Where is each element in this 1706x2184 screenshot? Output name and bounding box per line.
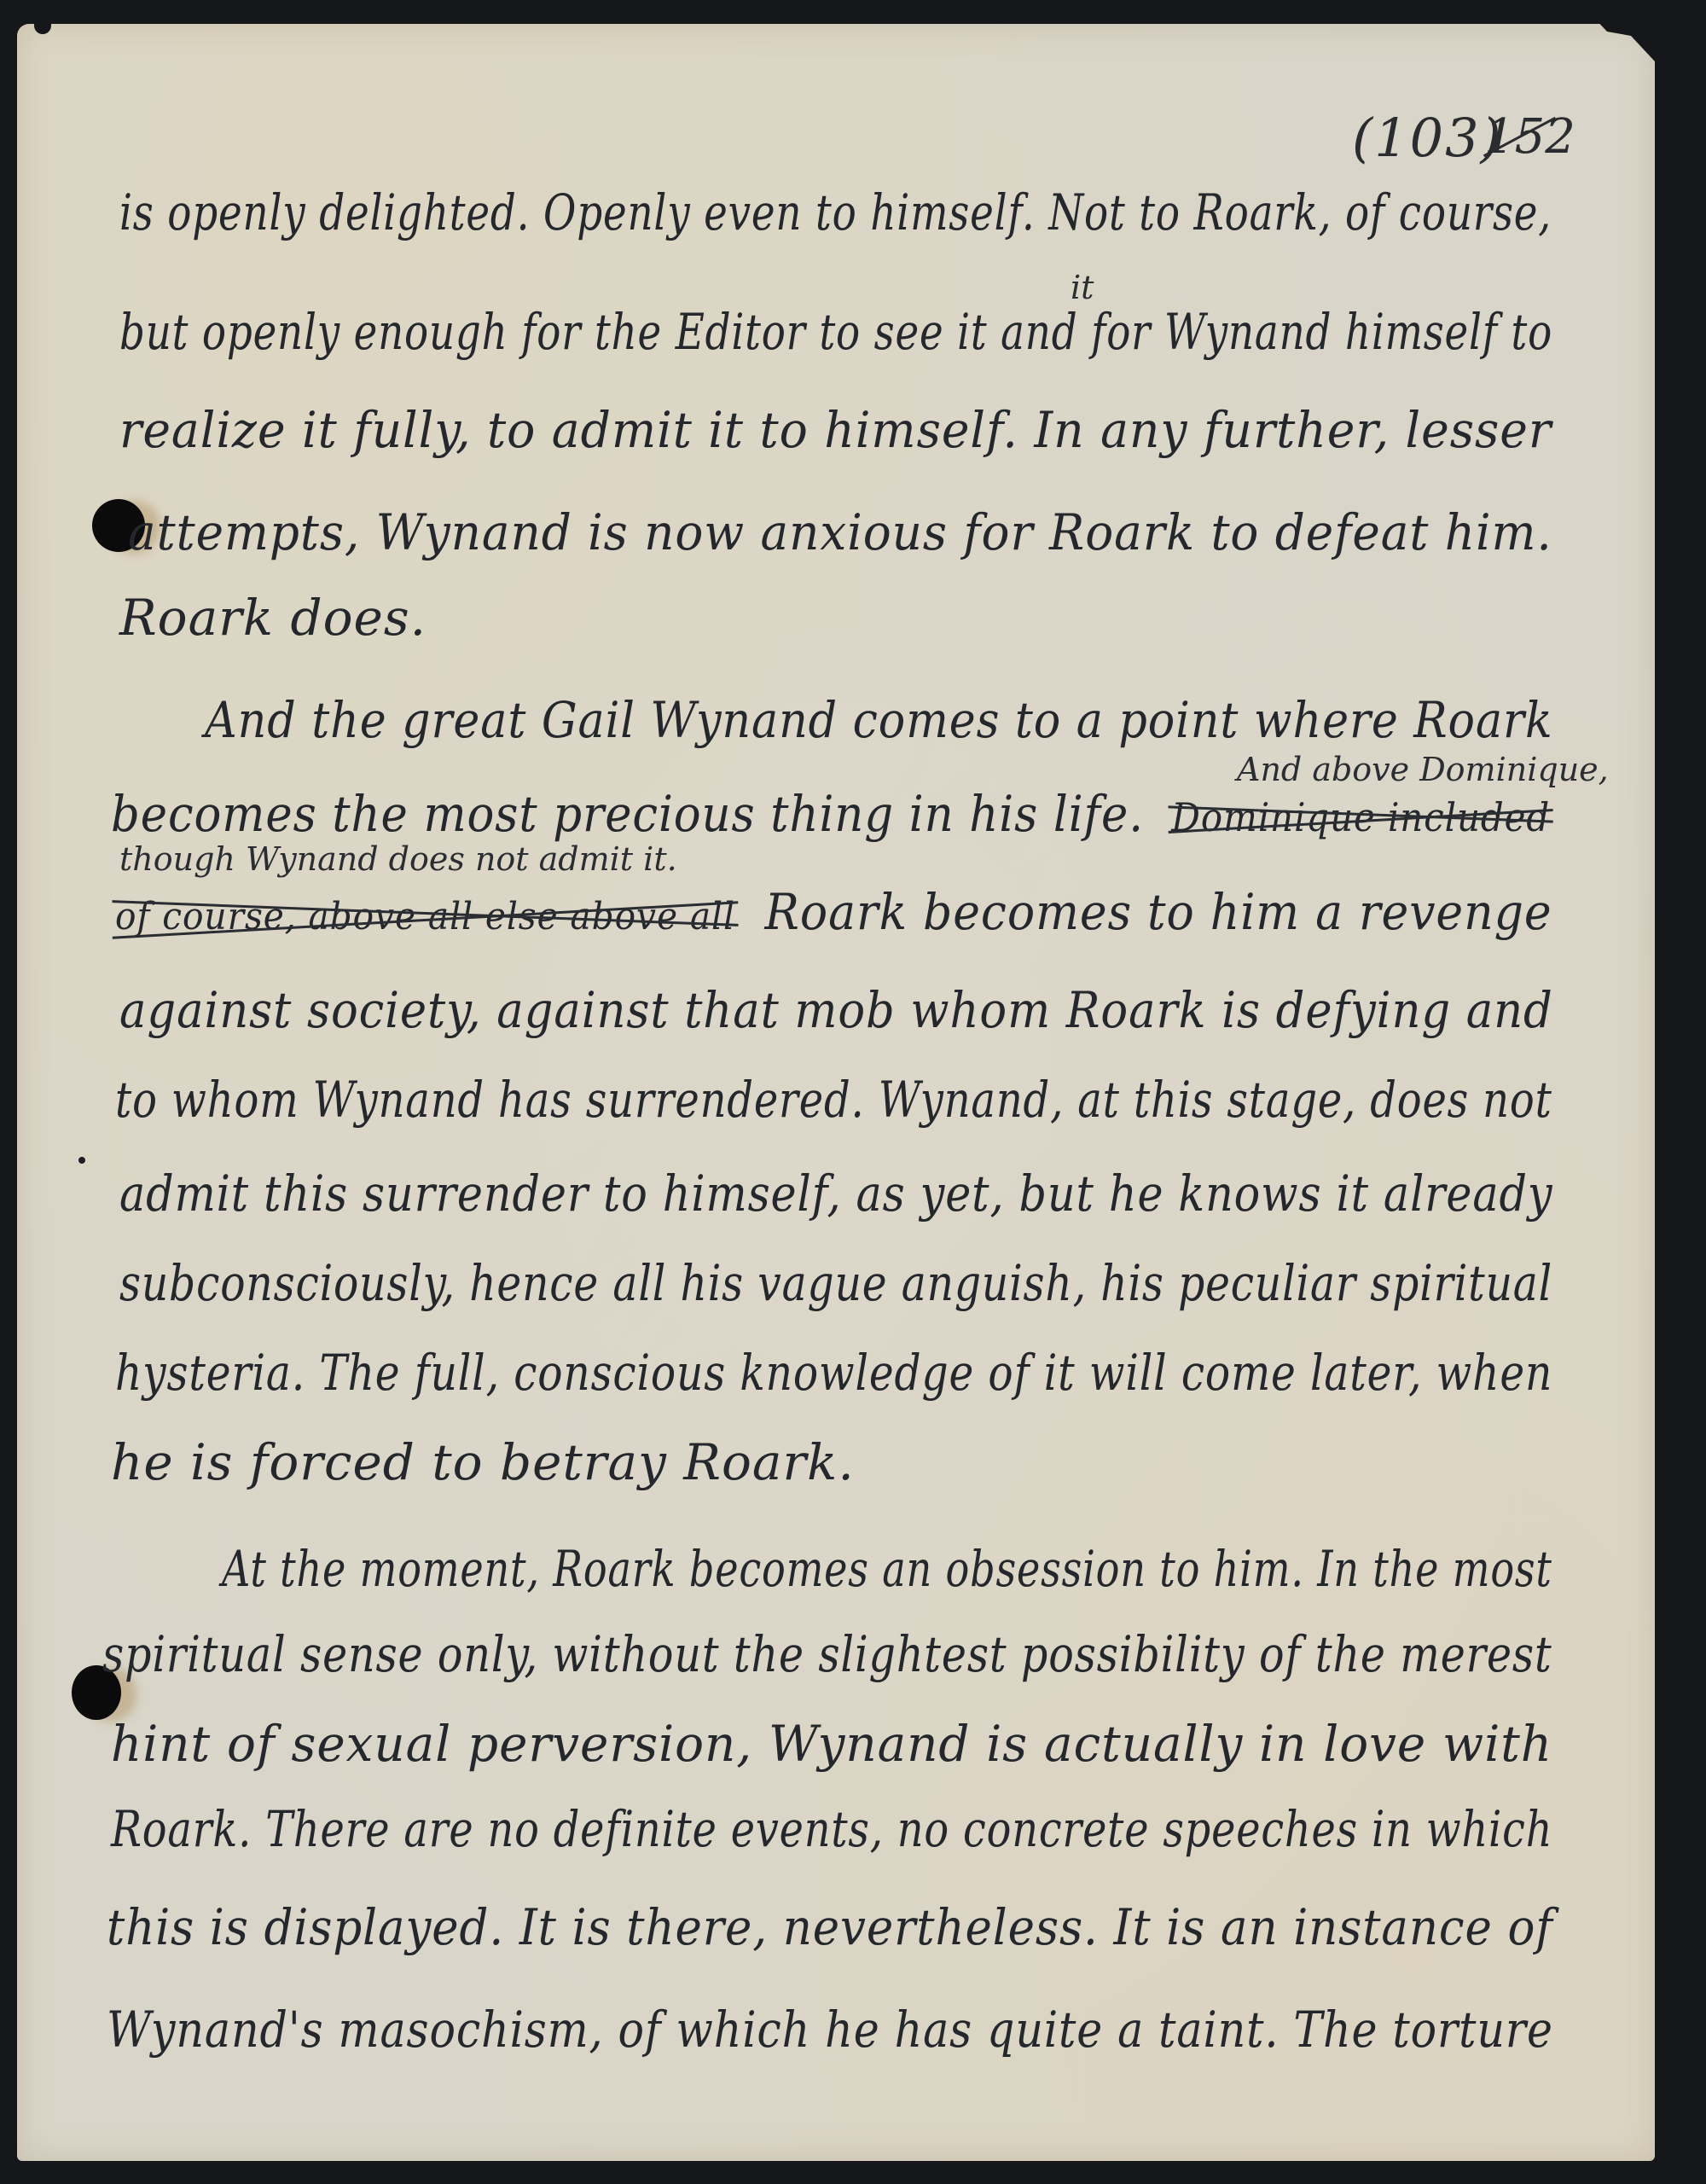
struck-of-course-above-all: of course, above all else above all [115,895,735,938]
manuscript-line-4: attempts, Wynand is now anxious for Roar… [128,503,1552,561]
manuscript-line-17: hint of sexual perversion, Wynand is act… [111,1715,1552,1773]
line-8-text: Roark becomes to him a revenge [765,883,1552,941]
manuscript-line-14: he is forced to betray Roark. [111,1433,855,1491]
manuscript-line-12: subconsciously, hence all his vague angu… [119,1254,1552,1312]
manuscript-line-13: hysteria. The full, conscious knowledge … [115,1344,1552,1402]
manuscript-line-10: to whom Wynand has surrendered. Wynand, … [115,1071,1552,1129]
insertion-and-above-dominique: And above Dominique, [1237,751,1609,788]
line-7-text: becomes the most precious thing in his l… [111,785,1144,843]
manuscript-line-11: admit this surrender to himself, as yet,… [119,1165,1552,1223]
manuscript-line-5: Roark does. [119,589,426,647]
manuscript-line-18: Roark. There are no definite events, no … [111,1800,1552,1858]
manuscript-line-3: realize it fully, to admit it to himself… [119,401,1552,459]
manuscript-line-8: of course, above all else above all Roar… [115,883,1552,941]
handwritten-body: is openly delighted. Openly even to hims… [0,0,1706,2184]
manuscript-line-16: spiritual sense only, without the slight… [102,1625,1552,1683]
insertion-though-wynand: though Wynand does not admit it. [119,840,677,878]
manuscript-line-15: At the moment, Roark becomes an obsessio… [222,1540,1552,1598]
manuscript-line-20: Wynand's masochism, of which he has quit… [107,2001,1553,2059]
manuscript-line-9: against society, against that mob whom R… [119,981,1553,1039]
manuscript-line-2: but openly enough for the Editor to see … [119,303,1552,361]
struck-dominique-included: Dominique included [1171,794,1550,840]
manuscript-line-19: this is displayed. It is there, neverthe… [107,1898,1553,1956]
manuscript-line-6: And the great Gail Wynand comes to a poi… [205,691,1553,749]
manuscript-line-1: is openly delighted. Openly even to hims… [119,183,1552,241]
manuscript-line-7: becomes the most precious thing in his l… [111,785,1550,843]
insertion-it: it [1071,269,1094,306]
